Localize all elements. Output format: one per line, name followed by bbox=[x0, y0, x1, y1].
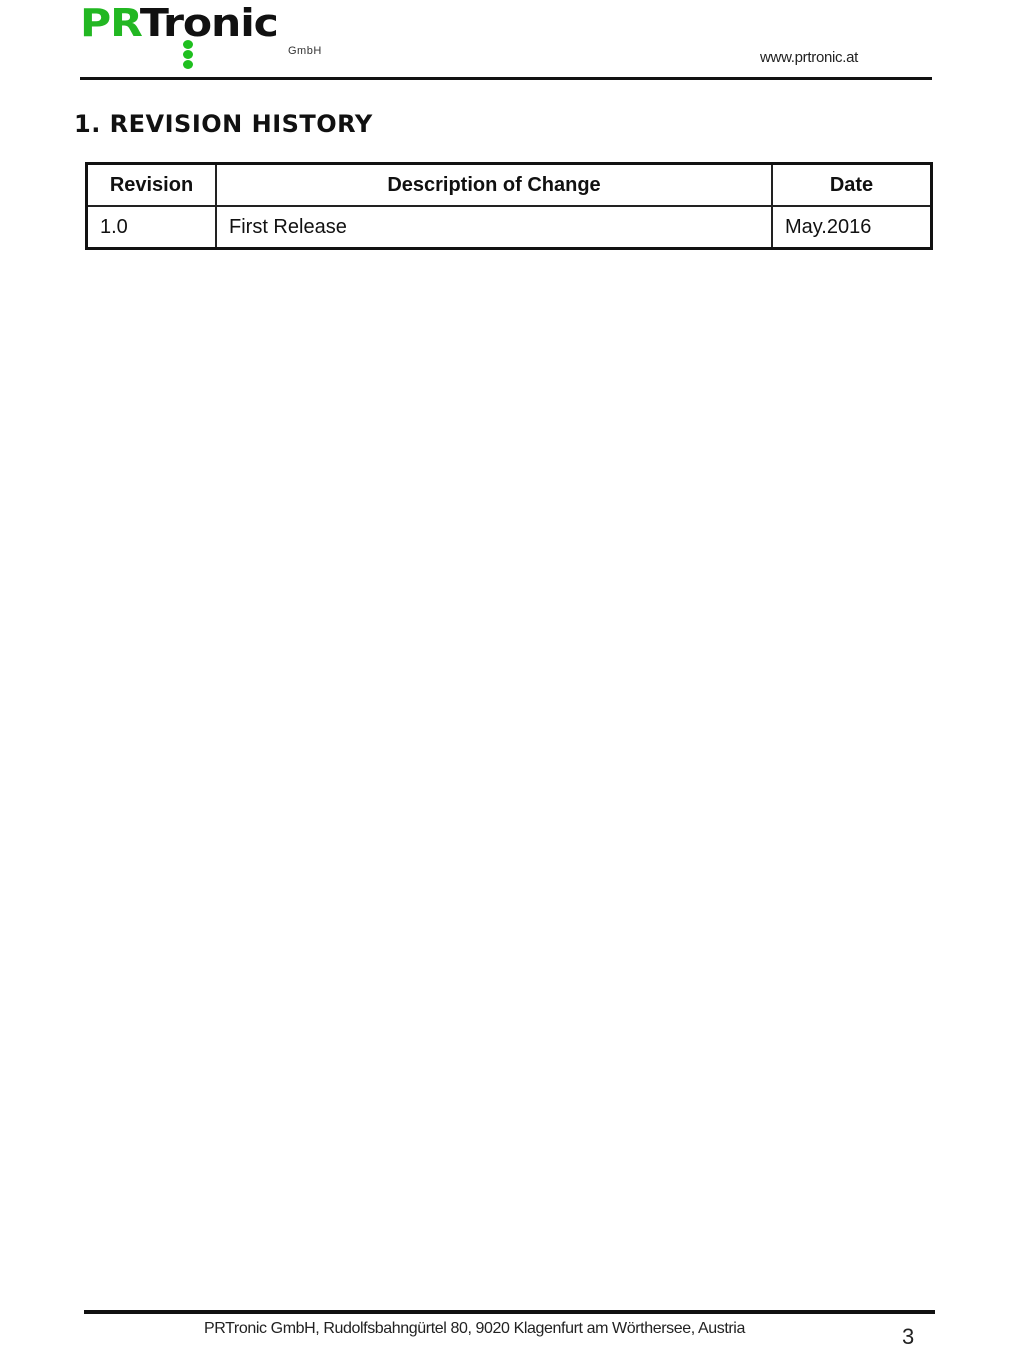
table-header-row: Revision Description of Change Date bbox=[87, 164, 932, 207]
logo-pr-text: PR bbox=[80, 1, 140, 45]
logo-tronic-text: Tronic bbox=[140, 1, 278, 45]
column-header-description: Description of Change bbox=[216, 164, 772, 207]
logo-subtitle: GmbH bbox=[288, 45, 322, 57]
logo-dots-icon bbox=[183, 40, 193, 70]
cell-date: May.2016 bbox=[772, 206, 932, 249]
page-number: 3 bbox=[902, 1324, 914, 1350]
table-row: 1.0 First Release May.2016 bbox=[87, 206, 932, 249]
header-divider bbox=[80, 77, 932, 80]
cell-revision: 1.0 bbox=[87, 206, 217, 249]
footer-divider bbox=[84, 1310, 935, 1314]
footer-address: PRTronic GmbH, Rudolfsbahngürtel 80, 902… bbox=[204, 1320, 745, 1338]
website-url: www.prtronic.at bbox=[760, 49, 858, 66]
column-header-date: Date bbox=[772, 164, 932, 207]
revision-history-table: Revision Description of Change Date 1.0 … bbox=[85, 162, 933, 250]
column-header-revision: Revision bbox=[87, 164, 217, 207]
cell-description: First Release bbox=[216, 206, 772, 249]
company-logo: PRTronic GmbH bbox=[80, 4, 350, 74]
section-title: 1. REVISION HISTORY bbox=[74, 110, 373, 138]
logo-wordmark: PRTronic bbox=[80, 4, 278, 42]
